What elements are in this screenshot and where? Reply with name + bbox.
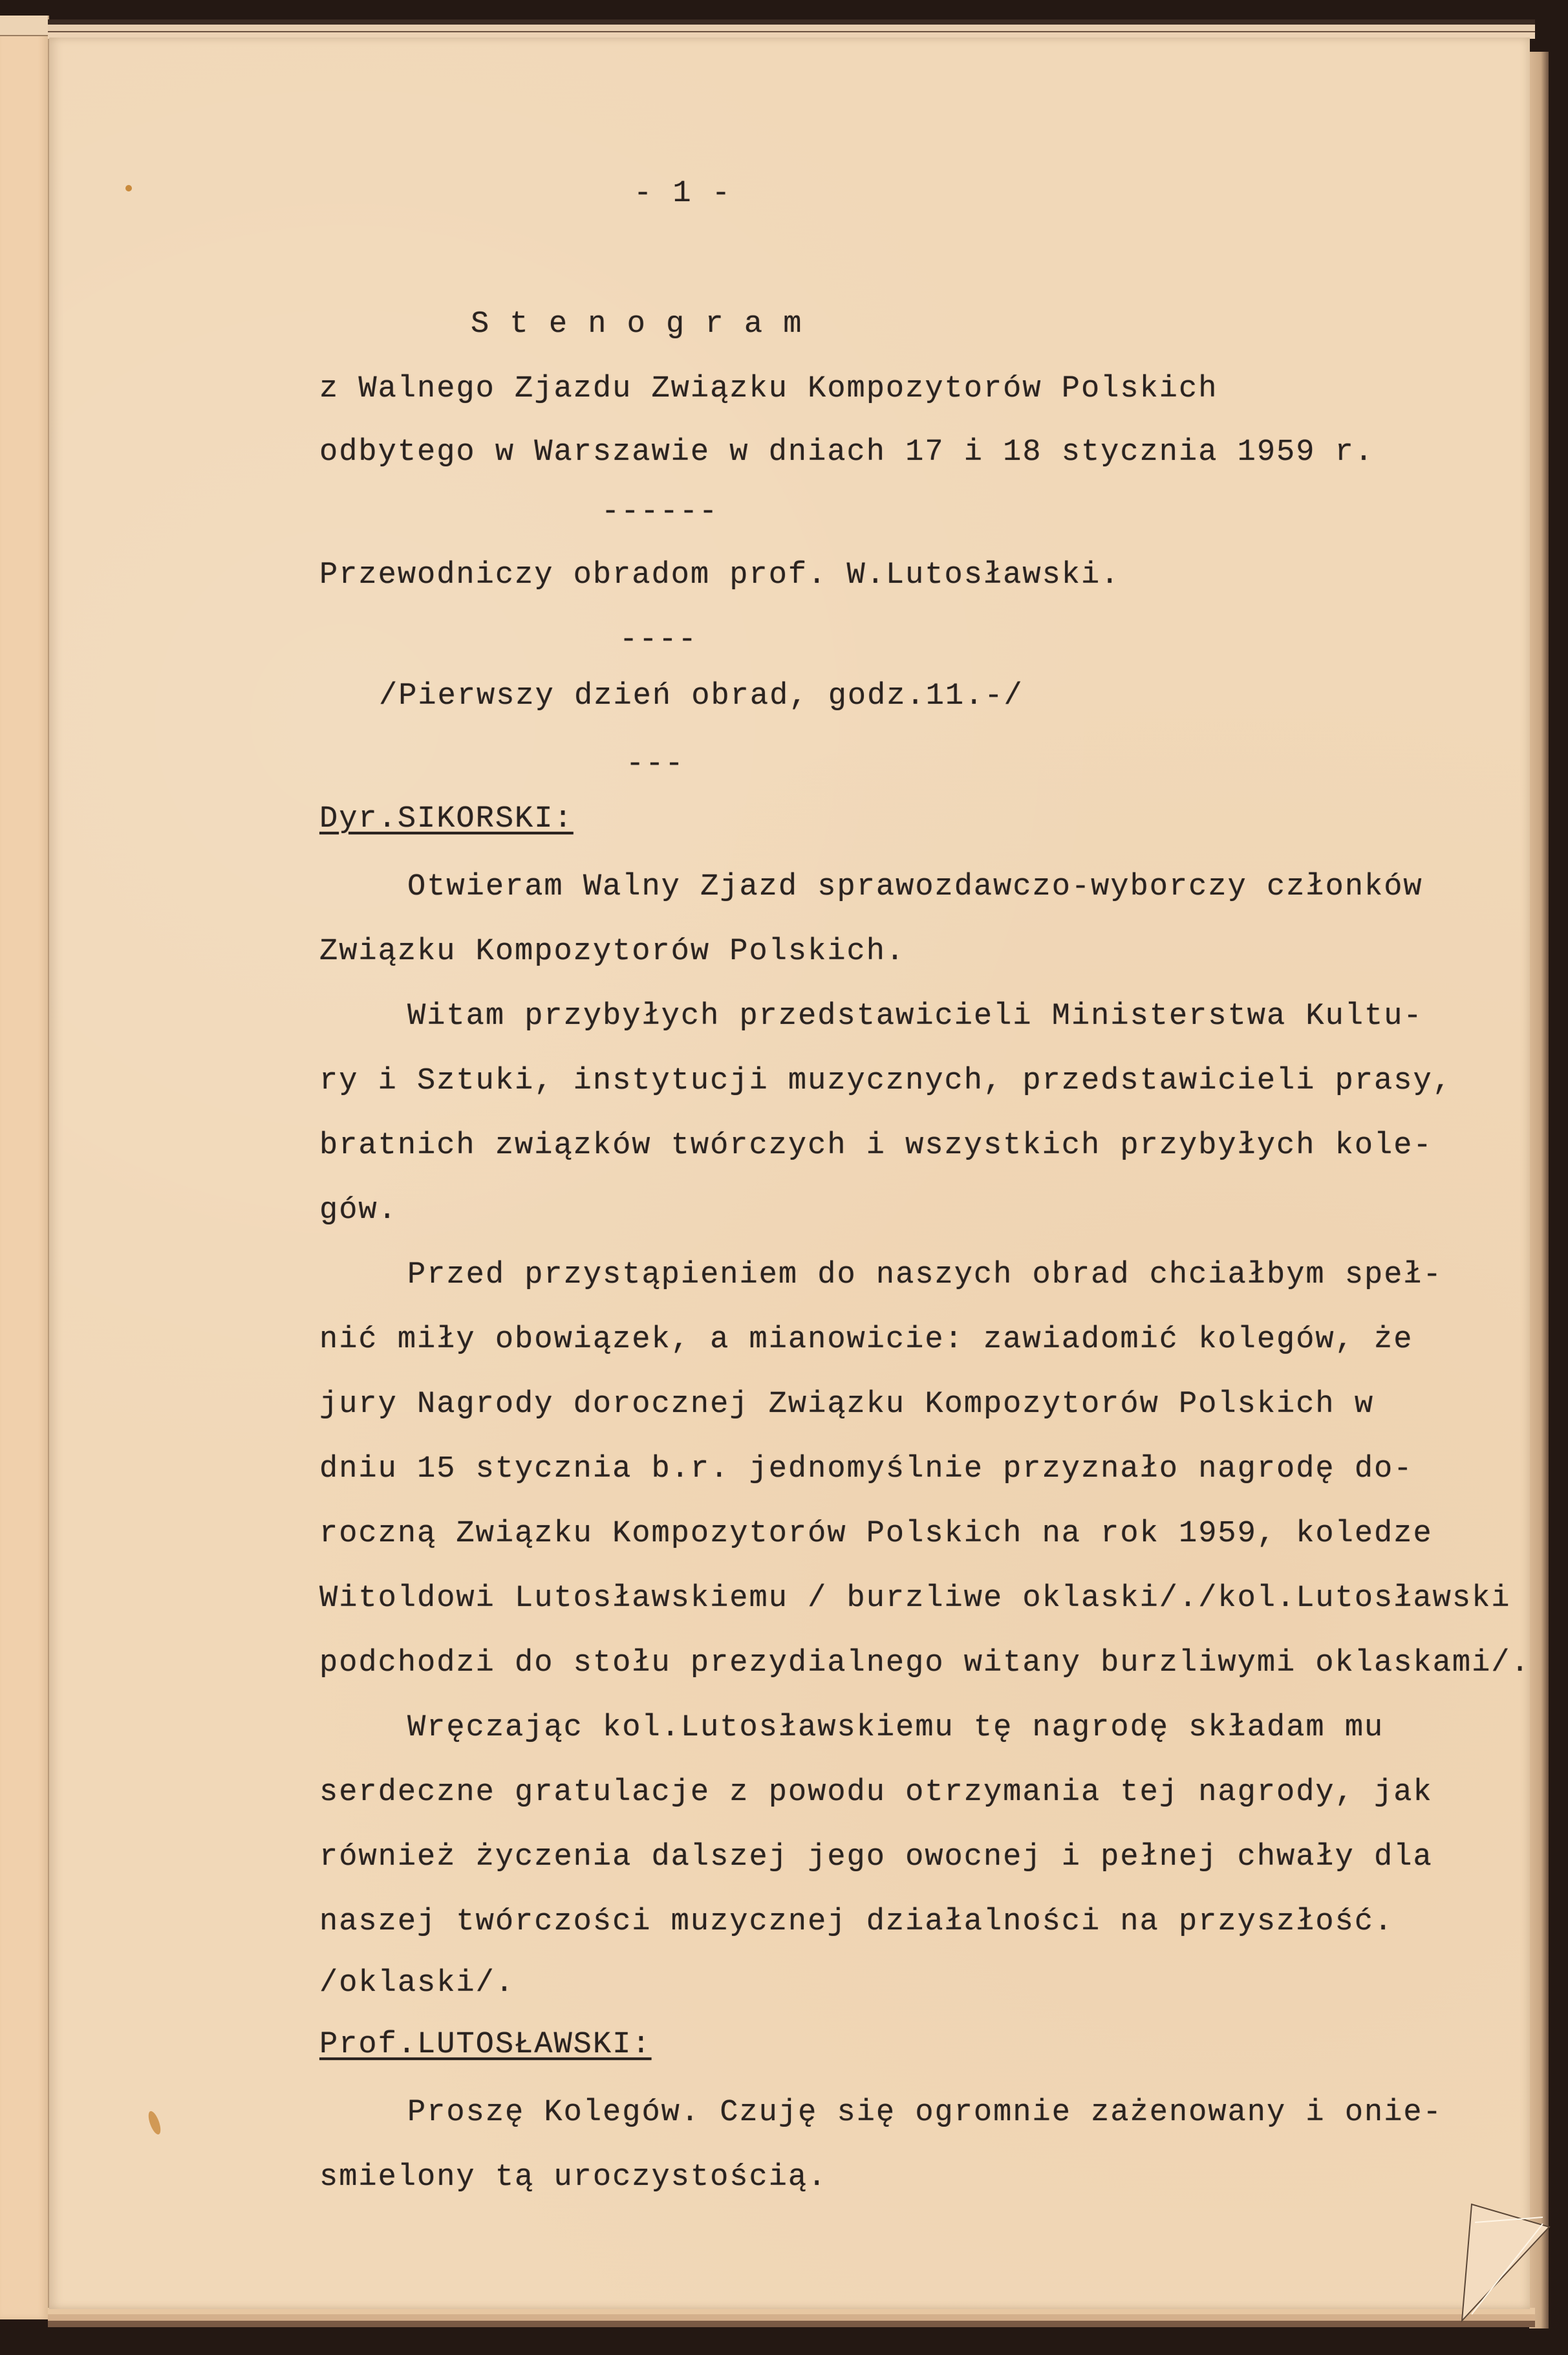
- chairman-line: Przewodniczy obradom prof. W.Lutosławski…: [319, 560, 1120, 591]
- speech-line: Witam przybyłych przedstawicieli Ministe…: [407, 1001, 1423, 1032]
- separator: ---: [626, 749, 685, 779]
- speech-line: jury Nagrody dorocznej Związku Kompozyto…: [319, 1389, 1374, 1420]
- document-title: S t e n o g r a m: [471, 309, 802, 340]
- page-number: - 1 -: [634, 179, 731, 209]
- speaker-heading-sikorski: Dyr.SIKORSKI:: [319, 804, 574, 834]
- speech-line: /oklaski/.: [319, 1968, 515, 1999]
- speech-line: dniu 15 stycznia b.r. jednomyślnie przyz…: [319, 1454, 1413, 1484]
- separator: ----: [619, 625, 698, 655]
- speech-line: Witoldowi Lutosławskiemu / burzliwe okla…: [319, 1583, 1510, 1614]
- page-stack-top-edge: [48, 19, 1535, 39]
- speech-line: podchodzi do stołu prezydialnego witany …: [319, 1648, 1530, 1678]
- speech-line: Proszę Kolegów. Czuję się ogromnie zażen…: [407, 2098, 1443, 2128]
- subtitle-line: z Walnego Zjazdu Związku Kompozytorów Po…: [319, 374, 1218, 404]
- speech-line: ry i Sztuki, instytucji muzycznych, prze…: [319, 1066, 1452, 1096]
- separator: ------: [601, 497, 718, 527]
- typewritten-page: - 1 - S t e n o g r a m z Walnego Zjazdu…: [49, 38, 1530, 2309]
- document-text: - 1 - S t e n o g r a m z Walnego Zjazdu…: [49, 38, 1530, 2309]
- binder-cover-edge: [0, 16, 49, 2319]
- speech-line: serdeczne gratulacje z powodu otrzymania…: [319, 1777, 1433, 1808]
- speech-line: nić miły obowiązek, a mianowicie: zawiad…: [319, 1325, 1413, 1355]
- binder-cover-top: [0, 16, 48, 36]
- speech-line: gów.: [319, 1195, 398, 1226]
- session-note: /Pierwszy dzień obrad, godz.11.-/: [379, 681, 1024, 711]
- speech-line: Związku Kompozytorów Polskich.: [319, 937, 905, 967]
- page-stack-bottom-edge: [48, 2308, 1535, 2327]
- speech-line: Wręczając kol.Lutosławskiemu tę nagrodę …: [407, 1713, 1384, 1743]
- speech-line: roczną Związku Kompozytorów Polskich na …: [319, 1519, 1433, 1549]
- page-stack-right-edge: [1529, 52, 1549, 2328]
- speech-line: smielony tą uroczystością.: [319, 2162, 827, 2193]
- speech-line: naszej twórczości muzycznej działalności…: [319, 1907, 1393, 1937]
- subtitle-line: odbytego w Warszawie w dniach 17 i 18 st…: [319, 437, 1374, 468]
- speech-line: bratnich związków twórczych i wszystkich…: [319, 1131, 1433, 1161]
- speaker-heading-lutoslawski: Prof.LUTOSŁAWSKI:: [319, 2030, 651, 2060]
- speech-line: Przed przystąpieniem do naszych obrad ch…: [407, 1260, 1443, 1290]
- speech-line: Otwieram Walny Zjazd sprawozdawczo-wybor…: [407, 872, 1423, 902]
- speech-line: również życzenia dalszej jego owocnej i …: [319, 1842, 1433, 1872]
